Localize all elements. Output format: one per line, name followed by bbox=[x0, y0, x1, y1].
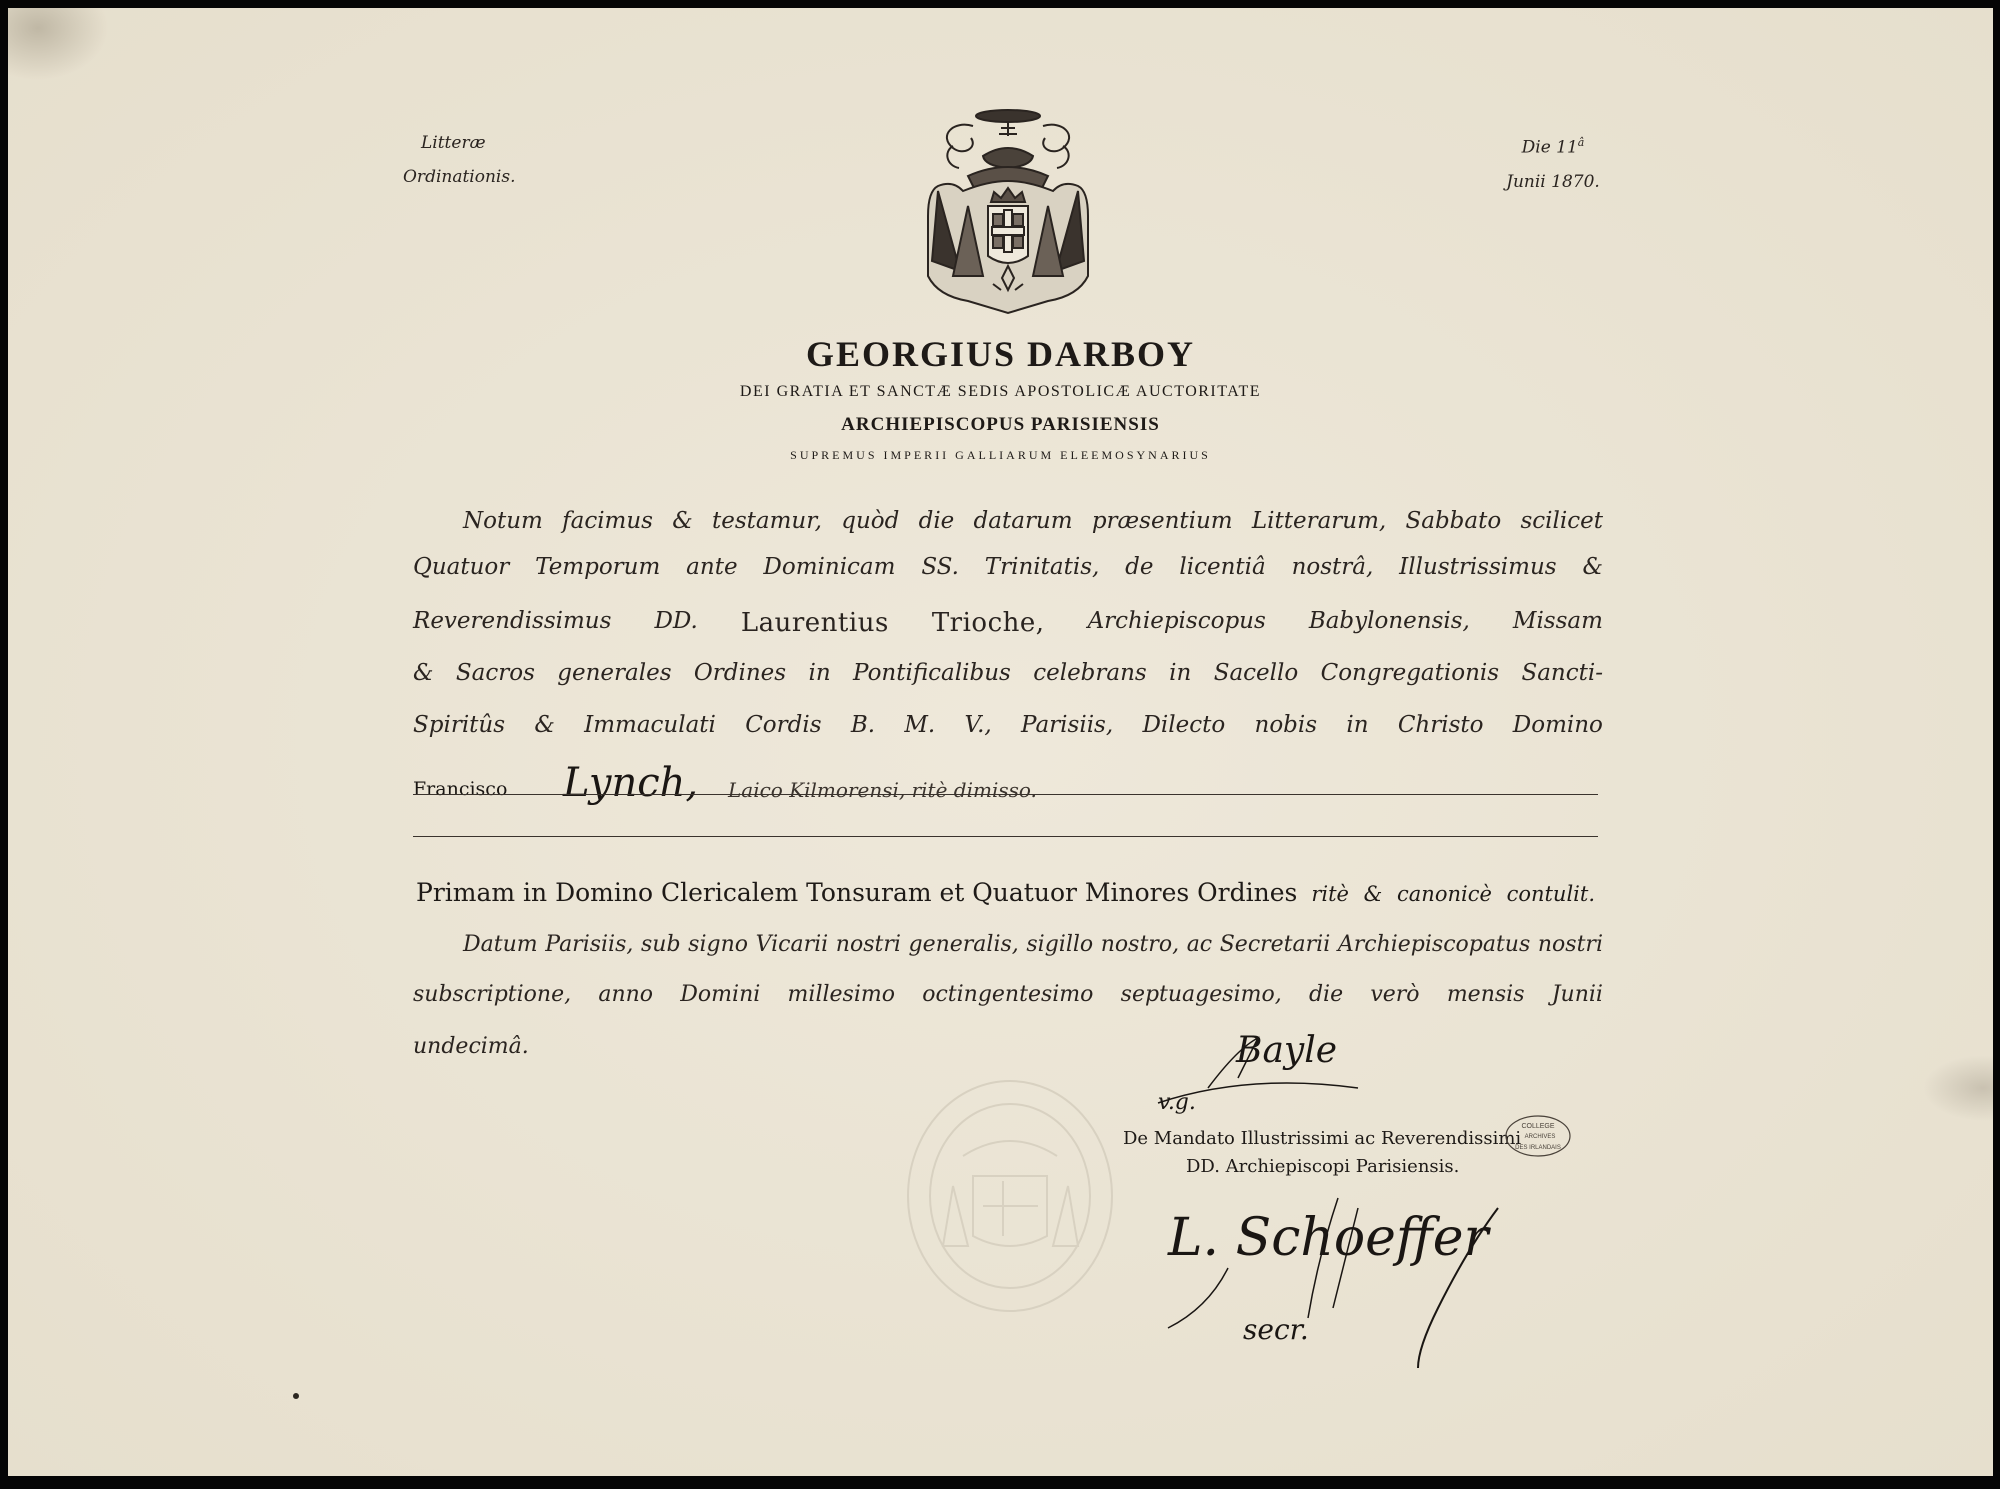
word: nostro, bbox=[1101, 932, 1179, 957]
word: generales bbox=[557, 660, 671, 686]
word: Trinitatis, bbox=[985, 554, 1100, 580]
svg-text:COLLEGE: COLLEGE bbox=[1521, 1123, 1554, 1130]
date-day-sup: â bbox=[1578, 136, 1585, 149]
word: datarum bbox=[974, 508, 1073, 534]
word: ac bbox=[1187, 932, 1212, 957]
paper-speck bbox=[293, 1393, 299, 1399]
word: in bbox=[808, 660, 830, 686]
word: Archiepiscopus bbox=[1088, 608, 1266, 638]
word: Spiritûs bbox=[413, 712, 505, 738]
consecrator-surname: Trioche, bbox=[932, 608, 1045, 638]
word: B. bbox=[851, 712, 875, 738]
word: Notum bbox=[463, 508, 543, 534]
word: Illustrissimus bbox=[1399, 554, 1556, 580]
mandate-line-2: DD. Archiepiscopi Parisiensis. bbox=[1186, 1156, 1459, 1177]
word: Domino bbox=[1513, 712, 1603, 738]
word: Domini bbox=[680, 982, 760, 1007]
word: scilicet bbox=[1520, 508, 1603, 534]
word: testamur, bbox=[712, 508, 822, 534]
secretary-signature: L. Schoeffer bbox=[1168, 1208, 1488, 1268]
svg-text:ARCHIVES: ARCHIVES bbox=[1525, 1134, 1556, 1140]
body-line-4: &SacrosgeneralesOrdinesinPontificalibusc… bbox=[413, 660, 1603, 686]
orders-tail: ritè & canonicè contulit. bbox=[1311, 882, 1595, 906]
word: undecimâ. bbox=[413, 1034, 529, 1059]
word: nostri bbox=[1538, 932, 1603, 957]
orders-text: Primam in Domino Clericalem Tonsuram et … bbox=[416, 878, 1297, 907]
word: Ordines bbox=[694, 660, 786, 686]
word: Cordis bbox=[745, 712, 821, 738]
word: septuagesimo, bbox=[1121, 982, 1282, 1007]
word: Pontificalibus bbox=[853, 660, 1011, 686]
body-line-3: ReverendissimusDD.LaurentiusTrioche,Arch… bbox=[413, 608, 1603, 638]
word: M. bbox=[904, 712, 935, 738]
word: sigillo bbox=[1026, 932, 1093, 957]
word: octingentesimo bbox=[922, 982, 1093, 1007]
name-fill-line bbox=[413, 794, 1598, 795]
word: subscriptione, bbox=[413, 982, 571, 1007]
vicar-signature: Bayle bbox=[1236, 1030, 1337, 1071]
blank-fill-line bbox=[413, 836, 1598, 837]
archbishop-name: GEORGIUS DARBOY bbox=[8, 333, 1993, 375]
word: nostri bbox=[836, 932, 901, 957]
word: Archiepiscopatus bbox=[1338, 932, 1530, 957]
date-day: Die 11 bbox=[1522, 138, 1578, 158]
word: verò bbox=[1370, 982, 1419, 1007]
word: & bbox=[672, 508, 692, 534]
word: de bbox=[1125, 554, 1153, 580]
word: Parisiis, bbox=[545, 932, 633, 957]
word: Sancti- bbox=[1521, 660, 1603, 686]
svg-text:DES IRLANDAIS: DES IRLANDAIS bbox=[1515, 1145, 1561, 1151]
word: Secretarii bbox=[1220, 932, 1331, 957]
ordinand-diocese-handwritten: Laico Kilmorensi, ritè dimisso. bbox=[728, 778, 1037, 802]
vicar-title: v.g. bbox=[1158, 1090, 1196, 1115]
word: Parisiis, bbox=[1021, 712, 1113, 738]
word: nostrâ, bbox=[1292, 554, 1374, 580]
word: nobis bbox=[1255, 712, 1318, 738]
orders-conferred: Primam in Domino Clericalem Tonsuram et … bbox=[416, 878, 1595, 907]
embossed-seal-icon bbox=[903, 1076, 1118, 1316]
word: Christo bbox=[1398, 712, 1484, 738]
word: Dilecto bbox=[1142, 712, 1225, 738]
document-paper: Litteræ Ordinationis. Die 11â Junii 1870… bbox=[8, 8, 1993, 1476]
word: ante bbox=[686, 554, 737, 580]
word: facimus bbox=[562, 508, 653, 534]
word: DD. bbox=[654, 608, 697, 638]
word: Immaculati bbox=[584, 712, 716, 738]
word: die bbox=[919, 508, 955, 534]
body-line-2: QuatuorTemporumanteDominicamSS.Trinitati… bbox=[413, 554, 1603, 580]
body-line-1: Notumfacimus&testamur,quòddiedatarumpræs… bbox=[463, 508, 1603, 534]
word: Litterarum, bbox=[1252, 508, 1386, 534]
datum-line-1: DatumParisiis,subsignoVicariinostrigener… bbox=[463, 932, 1603, 957]
secretary-abbrev: secr. bbox=[1243, 1313, 1309, 1346]
word: licentiâ bbox=[1179, 554, 1265, 580]
word: Dominicam bbox=[763, 554, 895, 580]
ordinand-surname: Lynch, bbox=[563, 760, 698, 806]
word: V., bbox=[965, 712, 992, 738]
word: Temporum bbox=[535, 554, 660, 580]
mandate-line-1: De Mandato Illustrissimi ac Reverendissi… bbox=[1123, 1128, 1521, 1149]
body-line-5: Spiritûs&ImmaculatiCordisB.M.V.,Parisiis… bbox=[413, 712, 1603, 738]
header-authority-line: DEI GRATIA ET SANCTÆ SEDIS APOSTOLICÆ AU… bbox=[8, 383, 1993, 401]
word: sub bbox=[641, 932, 681, 957]
archive-stamp-icon: COLLEGE ARCHIVES DES IRLANDAIS bbox=[1504, 1113, 1572, 1159]
document-date-label: Die 11â Junii 1870. bbox=[1488, 126, 1618, 199]
word: Junii bbox=[1552, 982, 1603, 1007]
archiepiscopal-coat-of-arms-icon bbox=[913, 106, 1103, 321]
corner-left-line1: Litteræ bbox=[403, 126, 515, 160]
date-month-year: Junii 1870. bbox=[1488, 165, 1618, 199]
word: Sacros bbox=[456, 660, 535, 686]
word: & bbox=[534, 712, 554, 738]
word: Reverendissimus bbox=[413, 608, 611, 638]
word: Vicarii bbox=[756, 932, 829, 957]
header-office-line: SUPREMUS IMPERII GALLIARUM ELEEMOSYNARIU… bbox=[8, 448, 1993, 463]
header-title-line: ARCHIEPISCOPUS PARISIENSIS bbox=[8, 414, 1993, 436]
consecrator-given-name: Laurentius bbox=[741, 608, 889, 638]
corner-left-line2: Ordinationis. bbox=[403, 160, 515, 194]
word: & bbox=[1582, 554, 1602, 580]
word: quòd bbox=[841, 508, 899, 534]
word: Quatuor bbox=[413, 554, 509, 580]
datum-line-2: subscriptione,annoDominimillesimooctinge… bbox=[413, 982, 1603, 1007]
document-type-label: Litteræ Ordinationis. bbox=[403, 126, 515, 194]
word: generalis, bbox=[909, 932, 1019, 957]
word: anno bbox=[598, 982, 653, 1007]
word: celebrans bbox=[1033, 660, 1147, 686]
word: millesimo bbox=[788, 982, 895, 1007]
word: Congregationis bbox=[1321, 660, 1499, 686]
word: signo bbox=[688, 932, 748, 957]
word: die bbox=[1309, 982, 1343, 1007]
word: Babylonensis, bbox=[1309, 608, 1470, 638]
word: Sacello bbox=[1214, 660, 1299, 686]
word: Datum bbox=[463, 932, 538, 957]
word: SS. bbox=[921, 554, 959, 580]
word: in bbox=[1346, 712, 1368, 738]
word: Missam bbox=[1513, 608, 1603, 638]
word: mensis bbox=[1447, 982, 1525, 1007]
word: & bbox=[413, 660, 433, 686]
ordinand-given-name: Francisco bbox=[413, 778, 507, 800]
word: præsentium bbox=[1092, 508, 1233, 534]
word: Sabbato bbox=[1405, 508, 1501, 534]
word: in bbox=[1169, 660, 1191, 686]
datum-line-3: undecimâ. bbox=[413, 1034, 1603, 1059]
